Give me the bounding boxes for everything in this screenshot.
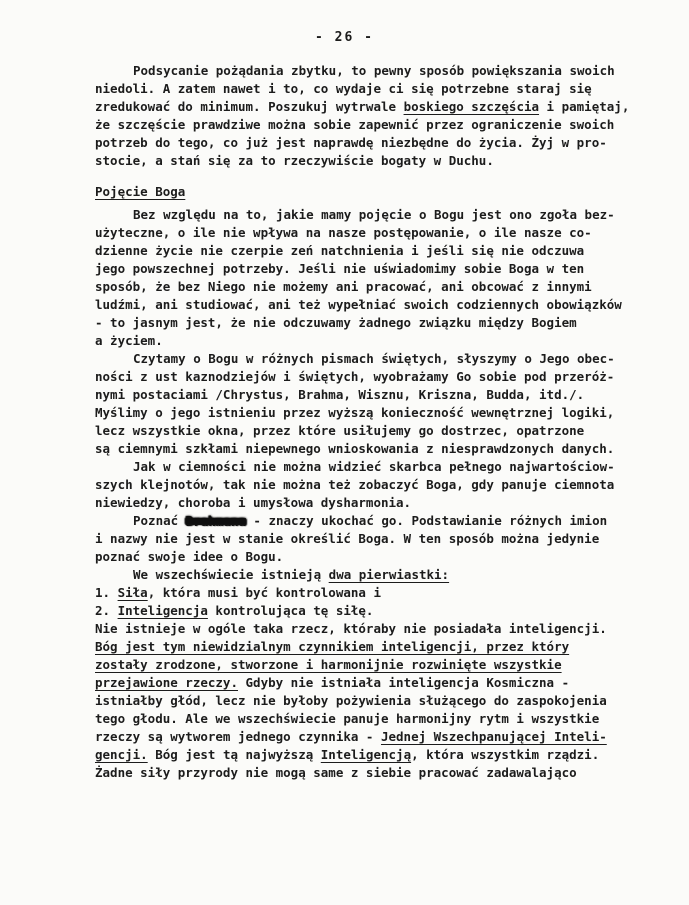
text-line: przejawione rzeczy. Gdyby nie istniała i… [95,674,640,692]
underlined-text: Bóg jest tym niewidzialnym czynnikiem in… [95,639,569,654]
text-line: sposób, że bez Niego nie możemy ani prac… [95,278,640,296]
text-line: są ciemnymi szkłami niepewnego wnioskowa… [95,440,640,458]
text-line: - to jasnym jest, że nie odczuwamy żadne… [95,314,640,332]
text-line: istniałby głód, lecz nie byłoby pożywien… [95,692,640,710]
text-line: lecz wszystkie okna, przez które usiłuje… [95,422,640,440]
text-line: że szczęście prawdziwe można sobie zapew… [95,116,640,134]
page-number: - 26 - [0,30,689,45]
text-segment: poznać swoje idee o Bogu. [95,549,283,564]
overstruck-word: Brahmana [186,513,246,528]
text-segment: ludźmi, ani studiować, ani też wypełniać… [95,297,622,312]
text-segment: - znaczy ukochać go. Podstawianie różnyc… [246,513,607,528]
text-segment: są ciemnymi szkłami niepewnego wnioskowa… [95,441,614,456]
text-line: Myślimy o jego istnieniu przez wyższą ko… [95,404,640,422]
underlined-text: Inteligencją [321,747,411,762]
text-line: stocie, a stań się za to rzeczywiście bo… [95,152,640,170]
text-segment: We wszechświecie istnieją [133,567,329,582]
text-segment: Bez względu na to, jakie mamy pojęcie o … [133,207,615,222]
underlined-text: Jednej Wszechpanującej Inteli- [381,729,607,744]
text-segment: Gdyby nie istniała inteligencja Kosmiczn… [238,675,569,690]
text-line: Żadne siły przyrody nie mogą same z sieb… [95,764,640,782]
text-segment: niewiedzy, choroba i umysłowa dysharmoni… [95,495,411,510]
text-segment: Jak w ciemności nie można widzieć skarbc… [133,459,615,474]
text-segment: nymi postaciami /Chrystus, Brahma, Wiszn… [95,387,584,402]
underlined-text: przejawione rzeczy. [95,675,238,690]
text-line: a życiem. [95,332,640,350]
text-line: użyteczne, o ile nie wpływa na nasze pos… [95,224,640,242]
section-heading: Pojęcie Boga [95,183,640,201]
text-line: zostały zrodzone, stworzone i harmonijni… [95,656,640,674]
text-segment: jego powszechnej potrzeby. Jeśli nie uśw… [95,261,584,276]
underlined-text: gencji. [95,747,148,762]
text-segment: Poznać [133,513,186,528]
text-segment: a życiem. [95,333,163,348]
text-segment: Czytamy o Bogu w różnych pismach świętyc… [133,351,615,366]
text-segment: , która musi być kontrolowana i [148,585,381,600]
text-segment: 1. [95,585,118,600]
text-segment: rzeczy są wytworem jednego czynnika - [95,729,381,744]
text-segment: Podsycanie pożądania zbytku, to pewny sp… [133,63,615,78]
text-segment: szych klejnotów, tak nie można też zobac… [95,477,614,492]
text-line: We wszechświecie istnieją dwa pierwiastk… [95,566,640,584]
text-line: 1. Siła, która musi być kontrolowana i [95,584,640,602]
text-line: Nie istnieje w ogóle taka rzecz, któraby… [95,620,640,638]
text-segment: Żadne siły przyrody nie mogą same z sieb… [95,765,577,780]
text-segment: Nie istnieje w ogóle taka rzecz, któraby… [95,621,607,636]
text-segment: istniałby głód, lecz nie byłoby pożywien… [95,693,607,708]
text-line: Podsycanie pożądania zbytku, to pewny sp… [95,62,640,80]
text-line: jego powszechnej potrzeby. Jeśli nie uśw… [95,260,640,278]
text-segment: i pamiętaj, [539,99,629,114]
text-line: nymi postaciami /Chrystus, Brahma, Wiszn… [95,386,640,404]
text-segment: stocie, a stań się za to rzeczywiście bo… [95,153,494,168]
text-segment: - to jasnym jest, że nie odczuwamy żadne… [95,315,577,330]
text-line: Jak w ciemności nie można widzieć skarbc… [95,458,640,476]
underlined-text: dwa pierwiastki: [329,567,449,582]
text-segment: potrzeb do tego, co już jest naprawdę ni… [95,135,607,150]
text-line: Bóg jest tym niewidzialnym czynnikiem in… [95,638,640,656]
text-line: niewiedzy, choroba i umysłowa dysharmoni… [95,494,640,512]
text-segment: i nazwy nie jest w stanie określić Boga.… [95,531,599,546]
text-segment: lecz wszystkie okna, przez które usiłuje… [95,423,584,438]
text-line: potrzeb do tego, co już jest naprawdę ni… [95,134,640,152]
text-line: Bez względu na to, jakie mamy pojęcie o … [95,206,640,224]
text-segment: Bóg jest tą najwyższą [148,747,321,762]
underlined-text: boskiego szczęścia [404,99,539,114]
text-segment: użyteczne, o ile nie wpływa na nasze pos… [95,225,592,240]
text-line: rzeczy są wytworem jednego czynnika - Je… [95,728,640,746]
underlined-text: zostały zrodzone, stworzone i harmonijni… [95,657,562,672]
text-line: tego głodu. Ale we wszechświecie panuje … [95,710,640,728]
text-line: szych klejnotów, tak nie można też zobac… [95,476,640,494]
text-segment: tego głodu. Ale we wszechświecie panuje … [95,711,599,726]
text-line: ności z ust kaznodziejów i świętych, wyo… [95,368,640,386]
text-line: zredukować do minimum. Poszukuj wytrwale… [95,98,640,116]
text-segment: sposób, że bez Niego nie możemy ani prac… [95,279,592,294]
text-line: i nazwy nie jest w stanie określić Boga.… [95,530,640,548]
text-segment: , która wszystkim rządzi. [411,747,599,762]
text-line: 2. Inteligencja kontrolująca tę siłę. [95,602,640,620]
text-segment: ności z ust kaznodziejów i świętych, wyo… [95,369,614,384]
text-line: gencji. Bóg jest tą najwyższą Inteligenc… [95,746,640,764]
text-segment: dzienne życie nie czerpie zeń natchnieni… [95,243,584,258]
text-line: Czytamy o Bogu w różnych pismach świętyc… [95,350,640,368]
text-segment: 2. [95,603,118,618]
text-line: Poznać Brahmana - znaczy ukochać go. Pod… [95,512,640,530]
text-line: poznać swoje idee o Bogu. [95,548,640,566]
text-segment: że szczęście prawdziwe można sobie zapew… [95,117,614,132]
text-line: dzienne życie nie czerpie zeń natchnieni… [95,242,640,260]
document-page: - 26 - Podsycanie pożądania zbytku, to p… [0,0,689,905]
text-segment: kontrolująca tę siłę. [208,603,374,618]
underlined-text: Pojęcie Boga [95,184,185,199]
text-segment: niedoli. A zatem nawet i to, co wydaje c… [95,81,592,96]
text-line: niedoli. A zatem nawet i to, co wydaje c… [95,80,640,98]
text-segment: Myślimy o jego istnieniu przez wyższą ko… [95,405,614,420]
underlined-text: Inteligencja [118,603,208,618]
text-line: ludźmi, ani studiować, ani też wypełniać… [95,296,640,314]
text-segment: zredukować do minimum. Poszukuj wytrwale [95,99,404,114]
text-body: Podsycanie pożądania zbytku, to pewny sp… [95,62,640,782]
underlined-text: Siła [118,585,148,600]
